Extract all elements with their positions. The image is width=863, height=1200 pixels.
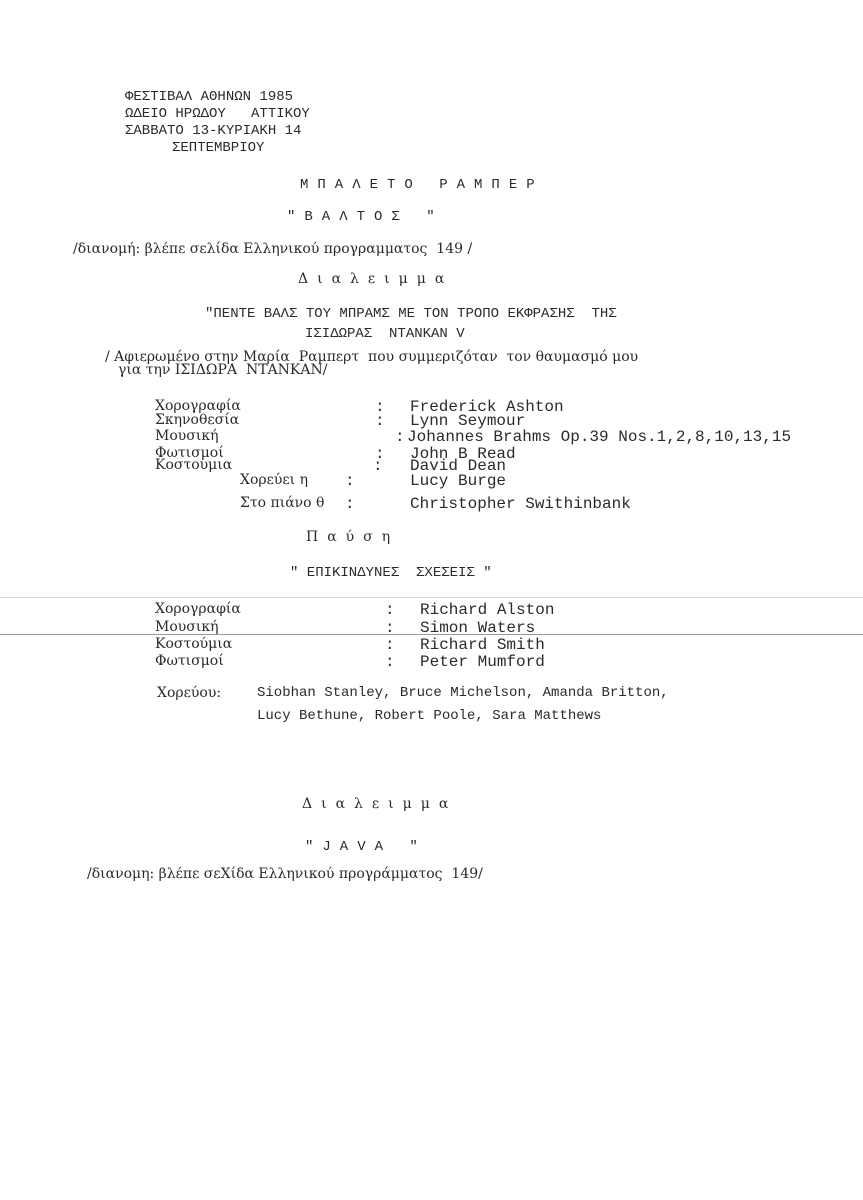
credit-label: Φωτισμοί	[155, 653, 224, 669]
credit-row: Φωτισμοί : Peter Mumford	[155, 653, 835, 668]
credit-row: Σκηνοθεσία : Lynn Seymour	[155, 412, 835, 427]
cast-note: /διανομη: βλέπε σεΧίδα Ελληνικού προγράμ…	[87, 867, 483, 882]
work-title-epikindynes: " ΕΠΙΚΙΝΔΥΝΕΣ ΣΧΕΣΕΙΣ "	[290, 566, 492, 581]
piano-value: Christopher Swithinbank	[410, 495, 631, 513]
credit-label: Κοστούμια	[155, 636, 232, 652]
credit-value: Simon Waters	[420, 619, 535, 637]
credit-label: Μουσική	[155, 428, 218, 444]
company-name: ΜΠΑΛΕΤΟ ΡΑΜΠΕΡ	[300, 178, 544, 193]
credit-label: Σκηνοθεσία	[155, 412, 239, 428]
paper-fold-line	[0, 597, 863, 598]
credit-label: Μουσική	[155, 619, 218, 635]
work-title-line1: "ΠΕΝΤΕ ΒΑΛΣ ΤΟΥ ΜΠΡΑΜΣ ΜΕ ΤΟΝ ΤΡΟΠΟ ΕΚΦΡ…	[205, 307, 617, 322]
dedication-line2: για την ΙΣΙΔΩΡΑ ΝΤΑΝΚΑΝ/	[118, 363, 327, 378]
dancers-line2: Lucy Bethune, Robert Poole, Sara Matthew…	[257, 709, 601, 724]
venue: ΩΔΕΙΟ ΗΡΩΔΟΥ ΑΤΤΙΚΟΥ	[125, 107, 310, 122]
dancers-label: Χορεύου:	[157, 686, 221, 701]
dancer-row: Χορεύει η : Lucy Burge	[155, 472, 835, 487]
colon: :	[385, 653, 395, 671]
credit-row: Χορογραφία : Richard Alston	[155, 601, 835, 616]
month: ΣΕΠΤΕΜΒΡΙΟΥ	[172, 141, 264, 156]
credit-value: Johannes Brahms Op.39 Nos.1,2,8,10,13,15	[407, 428, 791, 446]
credit-row: Κοστουμια : David Dean	[155, 457, 835, 472]
colon: :	[345, 495, 355, 513]
piano-label: Στο πιάνο θ	[240, 495, 325, 511]
credit-label: Χορογραφία	[155, 601, 241, 617]
credit-row: Μουσική : Johannes Brahms Op.39 Nos.1,2,…	[155, 428, 835, 443]
dancer-label: Χορεύει η	[240, 472, 308, 488]
credit-label: Κοστουμια	[155, 457, 232, 473]
colon: :	[385, 601, 395, 619]
work-title-line2: ΙΣΙΔΩΡΑΣ ΝΤΑΝΚΑΝ V	[305, 327, 465, 342]
colon: :	[385, 636, 395, 654]
colon: :	[345, 472, 355, 490]
credit-value: Peter Mumford	[420, 653, 545, 671]
pause-heading: Παύση	[306, 530, 399, 545]
colon: :	[385, 619, 395, 637]
interval-heading: Διαλειμμα	[302, 797, 457, 812]
piano-row: Στο πιάνο θ : Christopher Swithinbank	[155, 495, 835, 510]
dancer-value: Lucy Burge	[410, 472, 506, 490]
festival-title: ΦΕΣΤΙΒΑΛ ΑΘΗΝΩΝ 1985	[125, 90, 293, 105]
dancers-line1: Siobhan Stanley, Bruce Michelson, Amanda…	[257, 686, 669, 701]
credit-row: Χορογραφία : Frederick Ashton	[155, 398, 835, 413]
work-title-java: "JAVA "	[305, 840, 427, 855]
credit-value: Richard Smith	[420, 636, 545, 654]
credit-row: Μουσική : Simon Waters	[155, 619, 835, 634]
cast-note: /διανομή: βλέπε σελίδα Ελληνικού προγραμ…	[73, 242, 472, 257]
credit-row: Κοστούμια : Richard Smith	[155, 636, 835, 651]
colon: :	[395, 428, 405, 446]
interval-heading: Διαλειμμα	[298, 272, 453, 287]
dates: ΣΑΒΒΑΤΟ 13-ΚΥΡΙΑΚΗ 14	[125, 124, 301, 139]
credit-value: Richard Alston	[420, 601, 554, 619]
work-title-valtos: "ΒΑΛΤΟΣ "	[287, 210, 444, 225]
